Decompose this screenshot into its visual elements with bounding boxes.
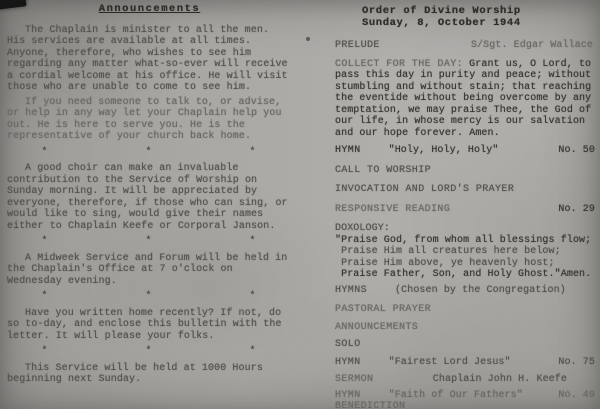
worship-title-block: Order of Divine Worship Sunday, 8, Octob…: [335, 6, 595, 29]
responsive-reading-label: RESPONSIVE READING: [335, 204, 450, 216]
asterisk-separator: * * *: [7, 346, 292, 358]
order-item-solo: SOLO: [335, 339, 595, 351]
doxology-line: "Praise God, from whom all blessings flo…: [335, 235, 595, 247]
hymn-label: HYMN: [335, 145, 361, 157]
paragraph-write-home: Have you written home recently? If not, …: [7, 308, 292, 343]
order-item-hymn-faith: HYMN "Faith of Our Fathers" No. 49: [335, 390, 595, 402]
order-item-pastoral-prayer: PASTORAL PRAYER: [335, 304, 595, 316]
doxology-line: Praise Father, Son, and Holy Ghost."Amen…: [335, 269, 595, 281]
order-item-benediction: BENEDICTION: [335, 401, 595, 409]
order-item-doxology: DOXOLOGY: "Praise God, from whom all ble…: [335, 223, 595, 281]
hymns-note: (Chosen by the Congregation): [395, 285, 566, 297]
order-item-hymns-congregation: HYMNS (Chosen by the Congregation): [335, 285, 595, 297]
collect-label: COLLECT FOR THE DAY:: [335, 59, 463, 70]
order-item-hymn-fairest: HYMN "Fairest Lord Jesus" No. 75: [335, 357, 595, 369]
paragraph-need-someone: If you need someone to talk to, or advis…: [7, 97, 292, 143]
order-item-prelude: PRELUDE S/Sgt. Edgar Wallace: [335, 40, 595, 52]
sermon-label: SERMON: [335, 374, 373, 386]
prelude-performer: S/Sgt. Edgar Wallace: [471, 40, 593, 52]
worship-date: Sunday, 8, October 1944: [362, 18, 595, 30]
doxology-line: Praise Him all creatures here below;: [335, 246, 595, 258]
order-item-collect: COLLECT FOR THE DAY: Grant us, O Lord, t…: [335, 59, 595, 140]
paragraph-chaplain-minister: The Chaplain is minister to all the men.…: [7, 25, 292, 94]
asterisk-separator: * * *: [7, 236, 292, 248]
scanned-bulletin-page: Announcements The Chaplain is minister t…: [0, 0, 600, 409]
order-item-sermon: SERMON Chaplain John H. Keefe: [335, 374, 595, 386]
hymn-number: No. 50: [558, 145, 595, 157]
announcements-column: Announcements The Chaplain is minister t…: [0, 0, 302, 409]
hymn-title: "Holy, Holy, Holy": [389, 145, 499, 157]
order-item-call-to-worship: CALL TO WORSHIP: [335, 165, 595, 177]
benediction-label: BENEDICTION: [335, 401, 405, 409]
collect-body: Grant us, O Lord, to pass this day in pu…: [335, 59, 591, 139]
doxology-line: Praise Him above, ye heavenly host;: [335, 258, 595, 270]
invocation-label: INVOCATION AND LORD'S PRAYER: [335, 184, 514, 196]
hymn-number: No. 49: [558, 390, 595, 402]
paragraph-midweek: A Midweek Service and Forum will be held…: [7, 253, 292, 288]
hymns-label: HYMNS: [335, 285, 367, 297]
sermon-preacher: Chaplain John H. Keefe: [433, 374, 567, 386]
worship-title: Order of Divine Worship: [362, 6, 595, 18]
order-item-announcements: ANNOUNCEMENTS: [335, 322, 595, 334]
solo-label: SOLO: [335, 339, 361, 351]
paragraph-choir: A good choir can make an invaluable cont…: [7, 163, 292, 232]
responsive-reading-number: No. 29: [558, 204, 595, 216]
asterisk-separator: * * *: [7, 291, 292, 303]
hymn-label: HYMN: [335, 357, 361, 369]
prelude-label: PRELUDE: [335, 40, 380, 52]
hymn-number: No. 75: [558, 357, 595, 369]
pastoral-prayer-label: PASTORAL PRAYER: [335, 304, 431, 316]
order-item-invocation: INVOCATION AND LORD'S PRAYER: [335, 184, 595, 196]
announcements-heading: Announcements: [7, 4, 292, 16]
call-to-worship-label: CALL TO WORSHIP: [335, 165, 431, 177]
order-item-responsive-reading: RESPONSIVE READING No. 29: [335, 204, 595, 216]
hymn-label: HYMN: [335, 390, 361, 402]
hymn-title: "Faith of Our Fathers": [389, 390, 523, 402]
asterisk-separator: * * *: [7, 147, 292, 159]
paragraph-service-time: This Service will be held at 1000 Hours …: [7, 363, 292, 386]
hymn-title: "Fairest Lord Jesus": [389, 357, 511, 369]
doxology-label: DOXOLOGY:: [335, 223, 595, 235]
order-item-hymn-holy: HYMN "Holy, Holy, Holy" No. 50: [335, 145, 595, 157]
order-of-worship-column: Order of Divine Worship Sunday, 8, Octob…: [302, 0, 600, 409]
announcements-item-label: ANNOUNCEMENTS: [335, 322, 418, 334]
